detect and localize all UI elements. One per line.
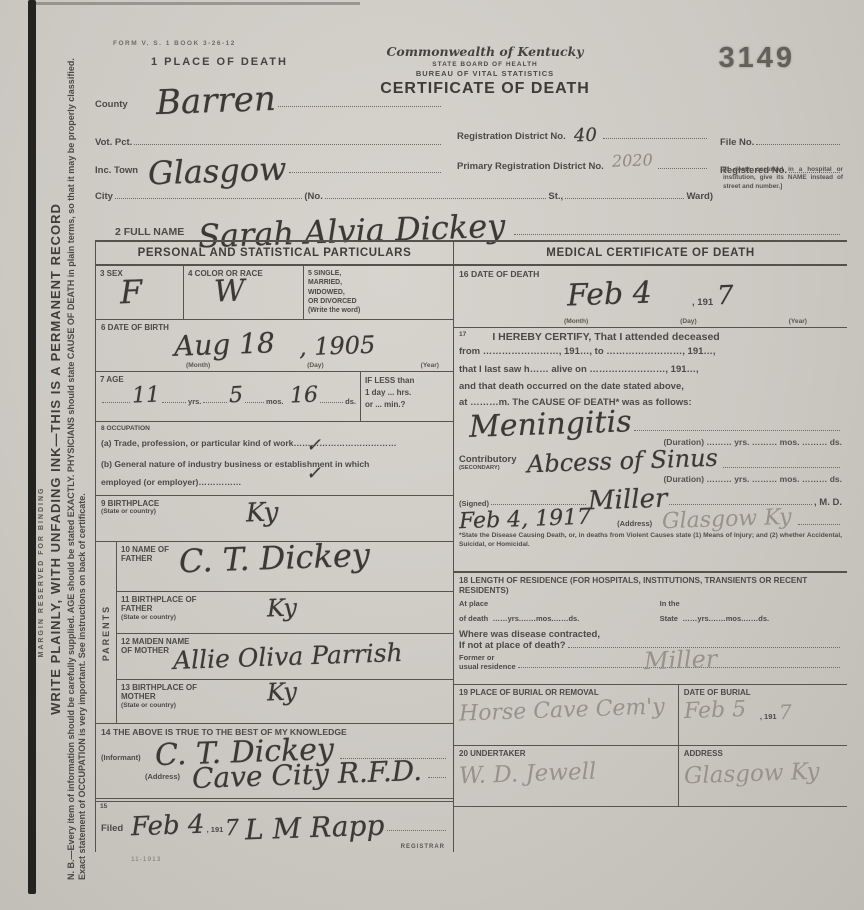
inc-town-label: Inc. Town bbox=[95, 165, 138, 176]
primary-district-row: Primary Registration District No. 2020 bbox=[457, 144, 709, 172]
dod-year-sublabel: (Year) bbox=[789, 318, 807, 325]
registration-district-row: Registration District No. 40 bbox=[457, 118, 709, 142]
contracted-line-2: If not at place of death? bbox=[459, 640, 566, 651]
mother-name-value: Allie Oliva Parrish bbox=[173, 642, 403, 673]
father-name-value: C. T. Dickey bbox=[179, 541, 371, 576]
marital-line-3: WIDOWED, bbox=[308, 288, 449, 297]
certificate-table: PERSONAL AND STATISTICAL PARTICULARS MED… bbox=[95, 240, 847, 852]
file-no-line bbox=[756, 142, 840, 145]
contributory-sublabel: (SECONDARY) bbox=[459, 465, 517, 471]
parents-group: PARENTS 10 NAME OF FATHER C. T. Dickey 1… bbox=[96, 542, 453, 724]
certify-number: 17 bbox=[459, 331, 466, 343]
filed-row: 15 Filed Feb 4 , 191 7 L M Rapp REGISTRA… bbox=[96, 802, 453, 852]
physician-address-value: Glasgow Ky bbox=[662, 508, 792, 532]
age-row: 7 AGE 11 yrs. 5 mos. 16 bbox=[96, 372, 453, 422]
sex-value: F bbox=[120, 278, 143, 308]
father-birthplace-row: 11 BIRTHPLACE OF FATHER (State or countr… bbox=[117, 592, 453, 634]
occupation-b-mark: ✓ bbox=[306, 466, 322, 483]
footer-code: 11-1913 bbox=[131, 856, 161, 863]
dod-year-printed: , 191 bbox=[692, 297, 713, 308]
full-name-line bbox=[514, 232, 840, 235]
medical-section-title: MEDICAL CERTIFICATE OF DEATH bbox=[454, 242, 847, 264]
burial-date-cell: DATE OF BURIAL Feb 5 , 191 7 bbox=[679, 685, 847, 745]
binding-bar bbox=[28, 0, 36, 894]
certify-intro: I HEREBY CERTIFY, That I attended deceas… bbox=[492, 331, 719, 343]
marital-line-2: MARRIED, bbox=[308, 278, 449, 287]
undertaker-address-cell: ADDRESS Glasgow Ky bbox=[679, 746, 847, 806]
file-no-row: File No. bbox=[720, 128, 842, 148]
age-months-unit: mos. bbox=[266, 397, 284, 406]
dob-sublabels: (Month) (Day) (Year) bbox=[186, 362, 439, 369]
undertaker-value: W. D. Jewell bbox=[459, 762, 597, 787]
state-board-line: STATE BOARD OF HEALTH bbox=[363, 61, 607, 68]
contributory-value: Abcess of Sinus bbox=[526, 448, 718, 476]
filed-date-value: Feb 4 bbox=[131, 814, 205, 840]
city-row: City (No. St., Ward) bbox=[95, 182, 713, 202]
former-residence-value: Miller bbox=[644, 648, 718, 672]
commonwealth-line: Commonwealth of Kentucky bbox=[363, 44, 607, 59]
signed-date-value: Feb 4, 1917 bbox=[459, 508, 592, 532]
scanned-certificate: MARGIN RESERVED FOR BINDING WRITE PLAINL… bbox=[0, 0, 864, 910]
registration-district-line bbox=[603, 136, 707, 139]
burial-year-digit: 7 bbox=[778, 703, 791, 721]
color-race-cell: 4 COLOR OR RACE W bbox=[184, 266, 304, 319]
mother-birthplace-value: Ky bbox=[267, 681, 298, 704]
certify-line-4: at ………m. The CAUSE OF DEATH* was as foll… bbox=[459, 396, 842, 409]
filed-label: Filed bbox=[101, 823, 123, 834]
burial-place-cell: 19 PLACE OF BURIAL OR REMOVAL Horse Cave… bbox=[454, 685, 679, 745]
date-of-death-row: 16 DATE OF DEATH Feb 4 , 191 7 (Month) (… bbox=[454, 266, 847, 328]
full-name-row: 2 FULL NAME Sarah Alvia Dickey bbox=[115, 206, 842, 238]
parents-rows: 10 NAME OF FATHER C. T. Dickey 11 BIRTHP… bbox=[117, 542, 453, 723]
in-state-line-2: State bbox=[660, 614, 678, 623]
filed-number: 15 bbox=[100, 803, 107, 811]
at-place-line-1: At place bbox=[459, 599, 660, 608]
age-days-unit: ds. bbox=[345, 397, 356, 406]
color-race-value: W bbox=[214, 278, 246, 306]
father-name-row: 10 NAME OF FATHER C. T. Dickey bbox=[117, 542, 453, 592]
parents-tab: PARENTS bbox=[96, 542, 117, 723]
birthplace-value: Ky bbox=[246, 501, 279, 526]
cause-footnote: *State the Disease Causing Death, or, in… bbox=[459, 532, 842, 550]
parents-label: PARENTS bbox=[101, 597, 111, 669]
certify-line-2: that I last saw h…… alive on ……………………, 1… bbox=[459, 361, 842, 379]
sex-cell: 3 SEX F bbox=[96, 266, 184, 319]
informant-row: 14 THE ABOVE IS TRUE TO THE BEST OF MY K… bbox=[96, 724, 453, 802]
contributory-label: Contributory bbox=[459, 454, 517, 465]
residence-units-1: ……yrs.……mos.……ds. bbox=[493, 614, 580, 623]
dod-sublabels: (Month) (Day) (Year) bbox=[564, 318, 807, 325]
if-less-line-3: or ... min.? bbox=[365, 399, 449, 411]
file-no-label: File No. bbox=[720, 137, 754, 148]
burial-year-printed: , 191 bbox=[760, 712, 777, 721]
physician-address-label: (Address) bbox=[617, 519, 652, 528]
certify-line-3: and that death occurred on the date stat… bbox=[459, 378, 842, 396]
certify-line-1: from ……………………, 191…, to ……………………, 191…, bbox=[459, 343, 842, 361]
informant-label: (Informant) bbox=[101, 753, 141, 762]
street-no-label: (No. bbox=[304, 191, 322, 202]
street-label: St., bbox=[548, 191, 563, 202]
if-less-line-1: IF LESS than bbox=[365, 375, 449, 387]
date-of-death-value: Feb 4 bbox=[567, 280, 653, 310]
burial-date-label: DATE OF BURIAL bbox=[684, 688, 842, 697]
hospital-note: [If death occurred in a hospital or inst… bbox=[723, 166, 843, 191]
full-name-label: 2 FULL NAME bbox=[115, 226, 184, 238]
occupation-row: 8 OCCUPATION (a) Trade, profession, or p… bbox=[96, 422, 453, 496]
undertaker-cell: 20 UNDERTAKER W. D. Jewell bbox=[454, 746, 679, 806]
residence-block: 18 LENGTH OF RESIDENCE (FOR HOSPITALS, I… bbox=[454, 573, 847, 685]
md-suffix: , M. D. bbox=[814, 497, 842, 508]
signed-label: (Signed) bbox=[459, 499, 489, 508]
marital-line-1: 5 SINGLE, bbox=[308, 269, 449, 278]
registration-district-value: 40 bbox=[573, 127, 596, 144]
section-headers: PERSONAL AND STATISTICAL PARTICULARS MED… bbox=[96, 242, 847, 266]
margin-nb-note: N. B.—Every item of information should b… bbox=[66, 34, 96, 880]
residence-units-2: ……yrs.……mos.……ds. bbox=[682, 614, 769, 623]
medical-column: 16 DATE OF DEATH Feb 4 , 191 7 (Month) (… bbox=[454, 266, 847, 852]
dod-month-sublabel: (Month) bbox=[564, 318, 588, 325]
registration-district-label: Registration District No. bbox=[457, 131, 566, 142]
burial-date-value: Feb 5 bbox=[683, 700, 746, 722]
dob-year-sublabel: (Year) bbox=[421, 362, 439, 369]
undertaker-address-label: ADDRESS bbox=[684, 749, 842, 758]
if-less-cell: IF LESS than 1 day ... hrs. or ... min.? bbox=[361, 372, 453, 421]
undertaker-address-value: Glasgow Ky bbox=[683, 762, 819, 787]
dod-year-digit: 7 bbox=[717, 284, 734, 308]
informant-address-value: Cave City R.F.D. bbox=[192, 758, 423, 791]
county-label: County bbox=[95, 99, 128, 110]
city-line bbox=[115, 196, 302, 199]
occupation-label: 8 OCCUPATION bbox=[101, 425, 448, 433]
marital-line-4: OR DIVORCED bbox=[308, 297, 449, 306]
form-code: FORM V. S. 1 BOOK 3-26-12 bbox=[113, 40, 236, 47]
registrar-signature: L M Rapp bbox=[245, 813, 385, 843]
birthplace-row: 9 BIRTHPLACE (State or country) Ky bbox=[96, 496, 453, 542]
marital-line-5: (Write the word) bbox=[308, 306, 449, 315]
occupation-a-mark: ✓ bbox=[306, 438, 322, 455]
street-line bbox=[565, 196, 684, 199]
vot-pct-line bbox=[134, 142, 441, 145]
primary-district-line bbox=[658, 166, 707, 169]
dob-value: Aug 18 bbox=[174, 331, 276, 360]
if-less-line-2: 1 day ... hrs. bbox=[365, 387, 449, 399]
blank-filler bbox=[454, 807, 847, 852]
place-of-death-label: 1 PLACE OF DEATH bbox=[151, 56, 288, 68]
father-birthplace-value: Ky bbox=[267, 597, 298, 620]
occupation-a-label: (a) Trade, profession, or particular kin… bbox=[101, 438, 397, 448]
certificate-number: 3149 bbox=[718, 42, 795, 75]
personal-section-title: PERSONAL AND STATISTICAL PARTICULARS bbox=[96, 242, 454, 264]
inc-town-row: Inc. Town Glasgow bbox=[95, 148, 443, 176]
dod-day-sublabel: (Day) bbox=[680, 318, 697, 325]
at-place-line-2: of death bbox=[459, 614, 488, 623]
age-days-value: 16 bbox=[289, 386, 318, 407]
vot-pct-row: Vot. Pct. bbox=[95, 128, 443, 148]
cause-of-death-value: Meningitis bbox=[469, 408, 632, 441]
age-years-unit: yrs. bbox=[188, 397, 201, 406]
informant-address-label: (Address) bbox=[145, 772, 180, 781]
margin-binding-note: MARGIN RESERVED FOR BINDING bbox=[38, 272, 45, 872]
county-line bbox=[278, 104, 442, 107]
margin-write-plainly-note: WRITE PLAINLY, WITH UNFADING INK—THIS IS… bbox=[48, 38, 63, 880]
in-state-line-1: In the bbox=[660, 599, 842, 608]
ward-label: Ward) bbox=[686, 191, 713, 202]
contracted-line-1: Where was disease contracted, bbox=[459, 629, 842, 640]
residence-label: 18 LENGTH OF RESIDENCE (FOR HOSPITALS, I… bbox=[459, 576, 829, 595]
sex-race-marital-row: 3 SEX F 4 COLOR OR RACE W 5 SINGLE, MARR… bbox=[96, 266, 453, 320]
mother-birthplace-label: 13 BIRTHPLACE OF MOTHER bbox=[121, 683, 213, 702]
filed-year-printed: , 191 bbox=[207, 825, 224, 834]
primary-district-label: Primary Registration District No. bbox=[457, 161, 604, 172]
vot-pct-label: Vot. Pct. bbox=[95, 137, 132, 148]
father-birthplace-label: 11 BIRTHPLACE OF FATHER bbox=[121, 595, 213, 614]
filed-year-digit: 7 bbox=[225, 818, 240, 838]
mother-name-row: 12 MAIDEN NAME OF MOTHER Allie Oliva Par… bbox=[117, 634, 453, 680]
burial-place-value: Horse Cave Cem'y bbox=[459, 698, 665, 725]
undertaker-label: 20 UNDERTAKER bbox=[459, 749, 673, 758]
date-of-birth-row: 6 DATE OF BIRTH Aug 18 , 1905 (Month) (D… bbox=[96, 320, 453, 372]
personal-column: 3 SEX F 4 COLOR OR RACE W 5 SINGLE, MARR… bbox=[96, 266, 454, 852]
dob-month-sublabel: (Month) bbox=[186, 362, 210, 369]
age-cell: 7 AGE 11 yrs. 5 mos. 16 bbox=[96, 372, 361, 421]
former-residence-line-2: usual residence bbox=[459, 662, 516, 671]
inc-town-line bbox=[289, 170, 441, 173]
certification-block: 17 I HEREBY CERTIFY, That I attended dec… bbox=[454, 328, 847, 573]
age-years-value: 11 bbox=[132, 386, 161, 407]
dob-day-sublabel: (Day) bbox=[307, 362, 324, 369]
city-label: City bbox=[95, 191, 113, 202]
street-no-line bbox=[325, 196, 547, 199]
physician-signature: Miller bbox=[588, 487, 668, 513]
age-months-value: 5 bbox=[229, 386, 244, 406]
registrar-label: REGISTRAR bbox=[401, 844, 445, 850]
mother-birthplace-row: 13 BIRTHPLACE OF MOTHER (State or countr… bbox=[117, 680, 453, 720]
dob-year-value: , 1905 bbox=[298, 335, 375, 359]
scan-top-seam bbox=[30, 2, 360, 5]
marital-cell: 5 SINGLE, MARRIED, WIDOWED, OR DIVORCED … bbox=[304, 266, 453, 319]
primary-district-value: 2020 bbox=[612, 153, 653, 169]
burial-block: 19 PLACE OF BURIAL OR REMOVAL Horse Cave… bbox=[454, 685, 847, 807]
occupation-b-label: (b) General nature of industry business … bbox=[101, 459, 369, 487]
county-row: County Barren bbox=[95, 74, 443, 110]
county-value: Barren bbox=[155, 84, 276, 119]
